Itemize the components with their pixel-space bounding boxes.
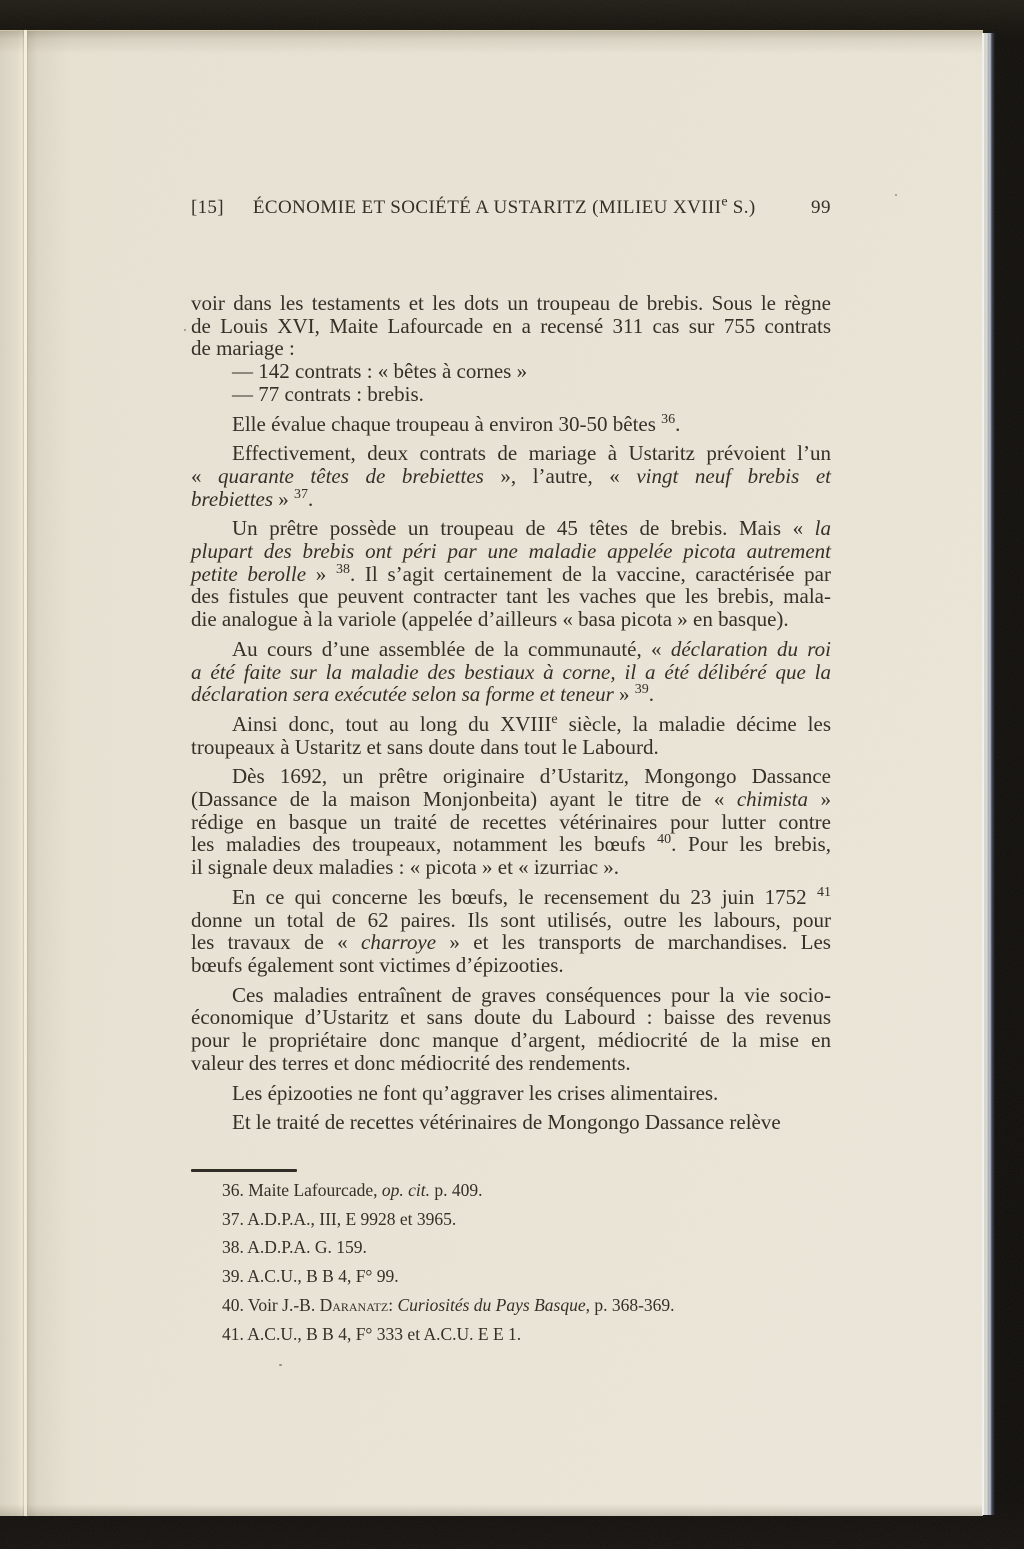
body-text: voir dans les testaments et les dots un … (191, 292, 831, 1134)
page-header: [15] ÉCONOMIE ET SOCIÉTÉ A USTARITZ (MIL… (191, 197, 831, 218)
italic-text: a été faite sur la maladie des bestiaux … (191, 660, 831, 684)
text-run: 37. A.D.P.A., III, E 9928 et 3965. (222, 1209, 456, 1229)
paper-speck (279, 1364, 282, 1366)
footnotes: 36. Maite Lafourcade, op. cit. p. 409.37… (191, 1176, 831, 1348)
text-run: . (308, 487, 313, 511)
body-line: Elle évalue chaque troupeau à environ 30… (191, 413, 831, 436)
body-line: die analogue à la variole (appelée d’ail… (191, 608, 831, 631)
body-line: donne un total de 62 paires. Ils sont ut… (191, 909, 831, 932)
page-gutter-fold (24, 30, 27, 1516)
footnote: 41. A.C.U., B B 4, F° 333 et A.C.U. E E … (191, 1320, 831, 1349)
text-run: — 77 contrats : brebis. (232, 382, 424, 406)
italic-text: quarante têtes de brebiettes (218, 464, 484, 488)
text-run: Un prêtre possède un troupeau de 45 tête… (232, 516, 815, 540)
body-line: Les épizooties ne font qu’aggraver les c… (191, 1082, 831, 1105)
text-run: Dès 1692, un prêtre originaire d’Ustarit… (232, 764, 831, 788)
smallcaps-name: Daranatz (320, 1295, 389, 1315)
text-run: . (649, 682, 654, 706)
body-line: les travaux de « charroye » et les trans… (191, 931, 831, 954)
body-line: « quarante têtes de brebiettes », l’autr… (191, 465, 831, 488)
footnote: 36. Maite Lafourcade, op. cit. p. 409. (191, 1176, 831, 1205)
body-line: troupeaux à Ustaritz et sans doute dans … (191, 736, 831, 759)
text-run: die analogue à la variole (appelée d’ail… (191, 607, 789, 631)
body-line: a été faite sur la maladie des bestiaux … (191, 661, 831, 684)
text-run: » (614, 682, 635, 706)
text-run: 38. A.D.P.A. G. 159. (222, 1237, 367, 1257)
text-run: Effectivement, deux contrats de mariage … (232, 441, 831, 465)
text-run: (Dassance de la maison Monjonbeita) ayan… (191, 787, 737, 811)
italic-text: op. cit. (382, 1180, 430, 1200)
text-run: Ces maladies entraînent de graves conséq… (232, 983, 831, 1007)
body-line: déclaration sera exécutée selon sa forme… (191, 683, 831, 706)
text-run: les travaux de « (191, 930, 361, 954)
italic-text: la (815, 516, 831, 540)
text-run: S.) (728, 197, 756, 218)
body-line: bœufs également sont victimes d’épizooti… (191, 954, 831, 977)
text-run: » et les transports de marchandises. Les (436, 930, 831, 954)
body-line: Et le traité de recettes vétérinaires de… (191, 1111, 831, 1134)
footnote: 39. A.C.U., B B 4, F° 99. (191, 1262, 831, 1291)
italic-text: vingt neuf brebis et (636, 464, 831, 488)
body-line: Au cours d’une assemblée de la communaut… (191, 638, 831, 661)
text-run: valeur des terres et donc médiocrité des… (191, 1051, 631, 1075)
body-line: de Louis XVI, Maite Lafourcade en a rece… (191, 315, 831, 338)
body-line: des fistules que peuvent contracter tant… (191, 585, 831, 608)
footnote: 40. Voir J.-B. Daranatz: Curiosités du P… (191, 1291, 831, 1320)
superscript-footnote-ref: 37 (294, 487, 308, 502)
text-run: En ce qui concerne les bœufs, le recense… (232, 885, 817, 909)
text-run: Elle évalue chaque troupeau à environ 30… (232, 412, 661, 436)
superscript-footnote-ref: 41 (817, 885, 831, 900)
article-section-number: [15] (191, 197, 224, 218)
text-run: ÉCONOMIE ET SOCIÉTÉ A USTARITZ (MILIEU X… (253, 197, 722, 218)
text-run: » (273, 487, 294, 511)
text-run: — 142 contrats : « bêtes à cornes » (232, 359, 527, 383)
italic-text: brebiettes (191, 487, 273, 511)
paper-speck (895, 194, 897, 196)
body-line: économique d’Ustaritz et sans doute du L… (191, 1006, 831, 1029)
text-run: économique d’Ustaritz et sans doute du L… (191, 1005, 831, 1029)
text-run: pour le propriétaire donc manque d’argen… (191, 1028, 831, 1052)
body-line: valeur des terres et donc médiocrité des… (191, 1052, 831, 1075)
text-run: bœufs également sont victimes d’épizooti… (191, 953, 564, 977)
footnote-separator (191, 1169, 297, 1172)
italic-text: plupart des brebis ont péri par une mala… (191, 539, 831, 563)
text-run: . (675, 412, 680, 436)
text-run: il signale deux maladies : « picota » et… (191, 855, 619, 879)
italic-text: chimista (737, 787, 808, 811)
body-line: plupart des brebis ont péri par une mala… (191, 540, 831, 563)
text-run: les maladies des troupeaux, notamment le… (191, 832, 657, 856)
body-line: Ainsi donc, tout au long du XVIIIe siècl… (191, 713, 831, 736)
running-title: ÉCONOMIE ET SOCIÉTÉ A USTARITZ (MILIEU X… (253, 197, 756, 218)
superscript-footnote-ref: 40 (657, 832, 671, 847)
text-run: rédige en basque un traité de recettes v… (191, 810, 831, 834)
footnote: 37. A.D.P.A., III, E 9928 et 3965. (191, 1205, 831, 1234)
superscript-footnote-ref: 38 (336, 562, 350, 577)
italic-text: petite berolle (191, 562, 306, 586)
text-run: des fistules que peuvent contracter tant… (191, 584, 831, 608)
text-run: de Louis XVI, Maite Lafourcade en a rece… (191, 314, 831, 338)
footnote: 38. A.D.P.A. G. 159. (191, 1233, 831, 1262)
page-number: 99 (811, 197, 831, 218)
body-line: Ces maladies entraînent de graves conséq… (191, 984, 831, 1007)
text-run: Ainsi donc, tout au long du XVIII (232, 712, 551, 736)
body-line: Un prêtre possède un troupeau de 45 tête… (191, 517, 831, 540)
page-stack-edge (982, 33, 995, 1515)
body-line: de mariage : (191, 337, 831, 360)
text-run: siècle, la maladie décime les (558, 712, 831, 736)
text-run: . Il s’agit certainement de la vaccine, … (350, 562, 831, 586)
text-run: » (306, 562, 336, 586)
body-line: il signale deux maladies : « picota » et… (191, 856, 831, 879)
text-run: donne un total de 62 paires. Ils sont ut… (191, 908, 831, 932)
italic-text: déclaration du roi (671, 637, 831, 661)
body-line: brebiettes » 37. (191, 488, 831, 511)
text-run: 36. Maite Lafourcade, (222, 1180, 382, 1200)
body-line: Dès 1692, un prêtre originaire d’Ustarit… (191, 765, 831, 788)
text-run: 39. A.C.U., B B 4, F° 99. (222, 1266, 399, 1286)
text-run: de mariage : (191, 336, 295, 360)
scanned-book-photo: [15] ÉCONOMIE ET SOCIÉTÉ A USTARITZ (MIL… (0, 0, 1024, 1549)
book-page: [15] ÉCONOMIE ET SOCIÉTÉ A USTARITZ (MIL… (0, 30, 983, 1516)
italic-text: Curiosités du Pays Basque (397, 1295, 585, 1315)
italic-text: déclaration sera exécutée selon sa forme… (191, 682, 614, 706)
text-run: troupeaux à Ustaritz et sans doute dans … (191, 735, 659, 759)
italic-text: charroye (361, 930, 436, 954)
text-run: « (191, 464, 218, 488)
text-run: Au cours d’une assemblée de la communaut… (232, 637, 671, 661)
body-line: pour le propriétaire donc manque d’argen… (191, 1029, 831, 1052)
text-run: voir dans les testaments et les dots un … (191, 291, 831, 315)
superscript-footnote-ref: 36 (661, 412, 675, 427)
text-run: . Pour les brebis, (671, 832, 831, 856)
paper-speck (184, 329, 186, 331)
body-line: Effectivement, deux contrats de mariage … (191, 442, 831, 465)
text-run: », l’autre, « (484, 464, 636, 488)
text-run: p. 409. (430, 1180, 483, 1200)
body-line: En ce qui concerne les bœufs, le recense… (191, 886, 831, 909)
body-line: petite berolle » 38. Il s’agit certainem… (191, 563, 831, 586)
text-run: 40. Voir J.-B. (222, 1295, 320, 1315)
superscript-footnote-ref: 39 (635, 682, 649, 697)
body-line: les maladies des troupeaux, notamment le… (191, 833, 831, 856)
text-run: 41. A.C.U., B B 4, F° 333 et A.C.U. E E … (222, 1324, 521, 1344)
body-line: — 77 contrats : brebis. (191, 383, 831, 406)
body-line: — 142 contrats : « bêtes à cornes » (191, 360, 831, 383)
text-run: , p. 368-369. (586, 1295, 675, 1315)
text-run: Les épizooties ne font qu’aggraver les c… (232, 1081, 718, 1105)
text-run: » (808, 787, 831, 811)
text-run: Et le traité de recettes vétérinaires de… (232, 1110, 781, 1134)
body-line: (Dassance de la maison Monjonbeita) ayan… (191, 788, 831, 811)
body-line: rédige en basque un traité de recettes v… (191, 811, 831, 834)
body-line: voir dans les testaments et les dots un … (191, 292, 831, 315)
